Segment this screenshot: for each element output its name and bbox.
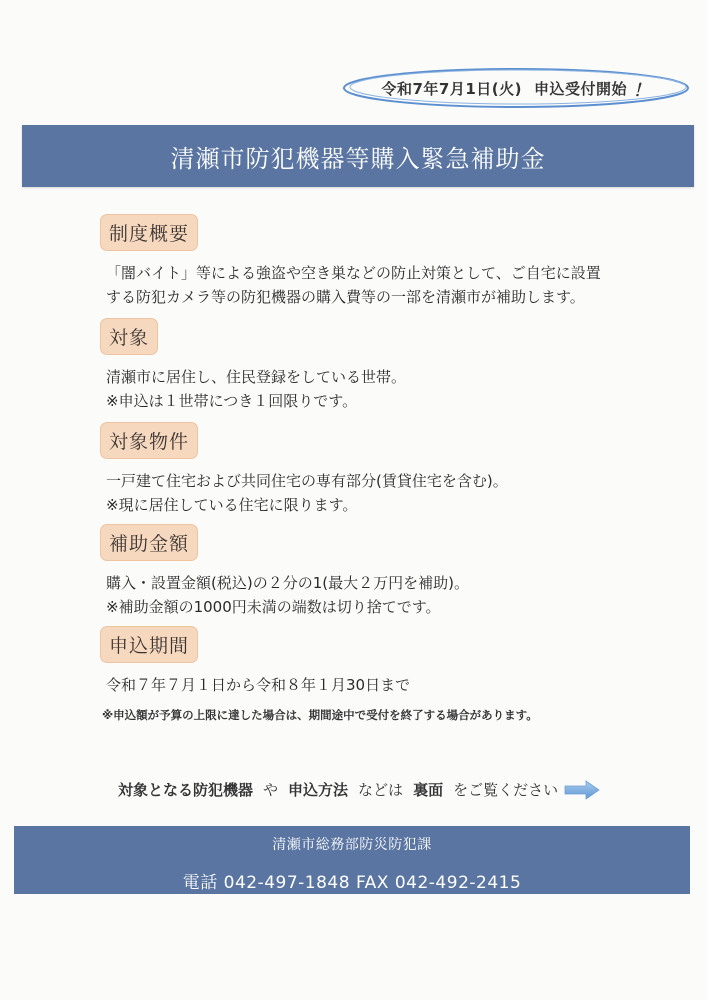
section-eligibility: 対象 清瀬市に居住し、住民登録をしている世帯。 ※申込は１世帯につき１回限りです… bbox=[100, 318, 406, 413]
section-label: 申込期間 bbox=[100, 626, 198, 663]
section-text: ※補助金額の1000円未満の端数は切り捨てです。 bbox=[106, 595, 469, 619]
section-text: する防犯カメラ等の防犯機器の購入費等の一部を清瀬市が補助します。 bbox=[106, 285, 601, 309]
cta-text: 対象となる防犯機器 bbox=[118, 779, 253, 800]
page-title: 清瀬市防犯機器等購入緊急補助金 bbox=[171, 139, 546, 174]
announcement-date: 令和7年7月1日(火) bbox=[381, 78, 522, 99]
cta-text: をご覧ください bbox=[453, 779, 558, 800]
cta-text: 申込方法 bbox=[288, 779, 348, 800]
section-property: 対象物件 一戸建て住宅および共同住宅の専有部分(賃貸住宅を含む)。 ※現に居住し… bbox=[100, 422, 508, 517]
section-label: 制度概要 bbox=[100, 214, 198, 251]
contact-numbers: 電話 042-497-1848 FAX 042-492-2415 bbox=[14, 868, 690, 893]
exclamation-icon: ！ bbox=[633, 76, 651, 101]
announcement-badge: 令和7年7月1日(火) 申込受付開始 ！ bbox=[340, 65, 692, 111]
cta-text: や bbox=[263, 779, 278, 800]
section-amount: 補助金額 購入・設置金額(税込)の２分の1(最大２万円を補助)。 ※補助金額の1… bbox=[100, 524, 469, 619]
right-arrow-icon bbox=[564, 780, 600, 800]
department-name: 清瀬市総務部防災防犯課 bbox=[14, 834, 690, 854]
section-text: ※申込は１世帯につき１回限りです。 bbox=[106, 389, 406, 413]
section-label: 対象 bbox=[100, 318, 158, 355]
section-label: 対象物件 bbox=[100, 422, 198, 459]
section-text: 一戸建て住宅および共同住宅の専有部分(賃貸住宅を含む)。 bbox=[106, 469, 508, 493]
section-text: ※現に居住している住宅に限ります。 bbox=[106, 493, 508, 517]
section-period: 申込期間 令和７年７月１日から令和８年１月30日まで ※申込額が予算の上限に達し… bbox=[100, 626, 538, 723]
section-text: 「闇バイト」等による強盗や空き巣などの防止対策として、ご自宅に設置 bbox=[106, 261, 601, 285]
section-overview: 制度概要 「闇バイト」等による強盗や空き巣などの防止対策として、ご自宅に設置 す… bbox=[100, 214, 601, 309]
section-text: 清瀬市に居住し、住民登録をしている世帯。 bbox=[106, 365, 406, 389]
cta-text: などは bbox=[358, 779, 403, 800]
cta-text: 裏面 bbox=[413, 779, 443, 800]
section-text: 令和７年７月１日から令和８年１月30日まで bbox=[106, 673, 538, 697]
section-label: 補助金額 bbox=[100, 524, 198, 561]
period-note: ※申込額が予算の上限に達した場合は、期間途中で受付を終了する場合があります。 bbox=[102, 707, 538, 723]
section-text: 購入・設置金額(税込)の２分の1(最大２万円を補助)。 bbox=[106, 571, 469, 595]
see-back-notice: 対象となる防犯機器 や 申込方法 などは 裏面 をご覧ください bbox=[118, 779, 600, 800]
announcement-status: 申込受付開始 bbox=[534, 78, 627, 99]
contact-footer: 清瀬市総務部防災防犯課 電話 042-497-1848 FAX 042-492-… bbox=[14, 826, 690, 894]
title-banner: 清瀬市防犯機器等購入緊急補助金 bbox=[22, 125, 694, 187]
